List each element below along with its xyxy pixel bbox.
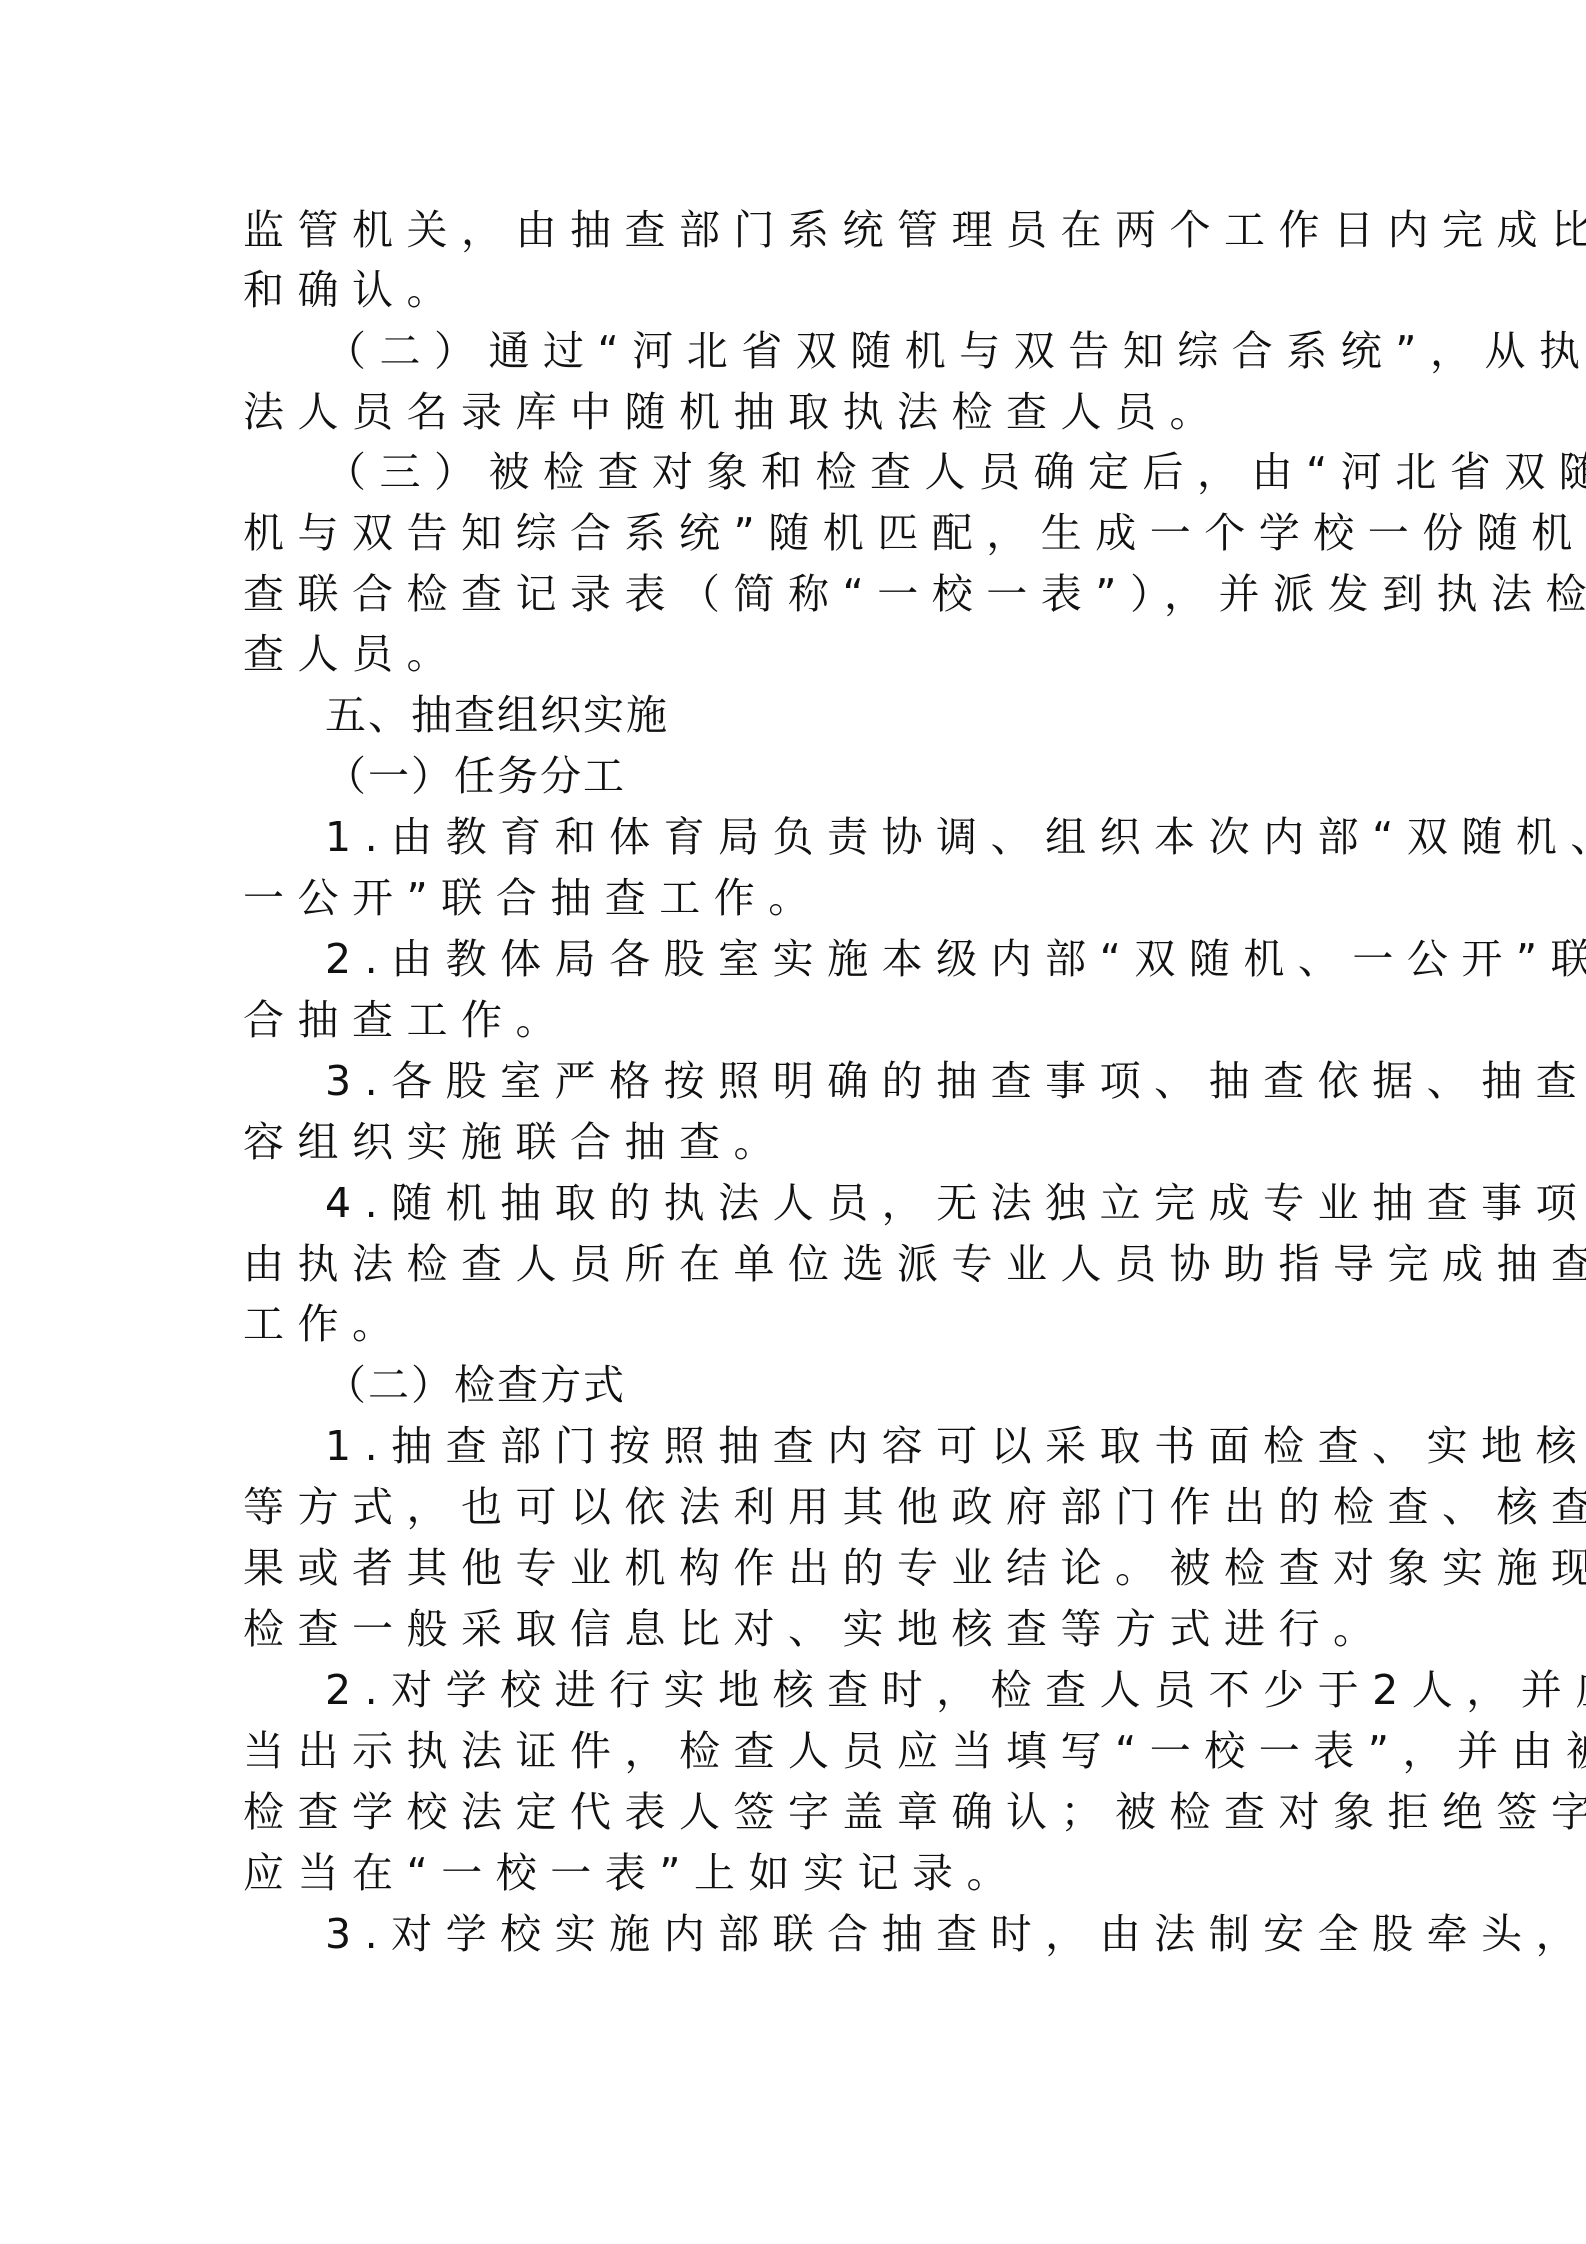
text-line: 查人员。 xyxy=(243,624,1353,684)
text-line: 检查一般采取信息比对、实地核查等方式进行。 xyxy=(243,1599,1353,1659)
document-page: 监管机关，由抽查部门系统管理员在两个工作日内完成比对 和确认。 （二）通过“河北… xyxy=(0,0,1586,2244)
subsection-heading: （一）任务分工 xyxy=(325,746,1435,806)
paragraph-start-line: 1.由教育和体育局负责协调、组织本次内部“双随机、 xyxy=(325,807,1435,867)
text-line: 容组织实施联合抽查。 xyxy=(243,1112,1353,1172)
paragraph-start-line: 2.由教体局各股室实施本级内部“双随机、一公开”联 xyxy=(325,929,1435,989)
paragraph-start-line: 3.各股室严格按照明确的抽查事项、抽查依据、抽查内 xyxy=(325,1051,1435,1111)
text-line: 等方式，也可以依法利用其他政府部门作出的检查、核查结 xyxy=(243,1477,1353,1537)
text-line: 查联合检查记录表（简称“一校一表”），并派发到执法检 xyxy=(243,564,1353,624)
text-line: 果或者其他专业机构作出的专业结论。被检查对象实施现场 xyxy=(243,1538,1353,1598)
paragraph-start-line: （三）被检查对象和检查人员确定后，由“河北省双随 xyxy=(325,442,1435,502)
paragraph-start-line: 1.抽查部门按照抽查内容可以采取书面检查、实地核查 xyxy=(325,1416,1435,1476)
text-line: 和确认。 xyxy=(243,260,1353,320)
section-heading: 五、抽查组织实施 xyxy=(325,685,1435,745)
text-line: 机与双告知综合系统”随机匹配，生成一个学校一份随机抽 xyxy=(243,503,1353,563)
text-line: 应当在“一校一表”上如实记录。 xyxy=(243,1843,1353,1903)
text-line: 工作。 xyxy=(243,1294,1353,1354)
text-line: 检查学校法定代表人签字盖章确认；被检查对象拒绝签字的 xyxy=(243,1782,1353,1842)
subsection-heading: （二）检查方式 xyxy=(325,1355,1435,1415)
paragraph-start-line: 3.对学校实施内部联合抽查时，由法制安全股牵头，加 xyxy=(325,1904,1435,1964)
text-line: 合抽查工作。 xyxy=(243,990,1353,1050)
text-line: 由执法检查人员所在单位选派专业人员协助指导完成抽查 xyxy=(243,1234,1353,1294)
text-line: 监管机关，由抽查部门系统管理员在两个工作日内完成比对 xyxy=(243,200,1353,260)
text-line: 当出示执法证件，检查人员应当填写“一校一表”，并由被 xyxy=(243,1721,1353,1781)
text-line: 法人员名录库中随机抽取执法检查人员。 xyxy=(243,382,1353,442)
paragraph-start-line: 4.随机抽取的执法人员，无法独立完成专业抽查事项的， xyxy=(325,1173,1435,1233)
paragraph-start-line: 2.对学校进行实地核查时，检查人员不少于2人，并应 xyxy=(325,1660,1435,1720)
paragraph-start-line: （二）通过“河北省双随机与双告知综合系统”，从执 xyxy=(325,321,1435,381)
text-line: 一公开”联合抽查工作。 xyxy=(243,868,1353,928)
